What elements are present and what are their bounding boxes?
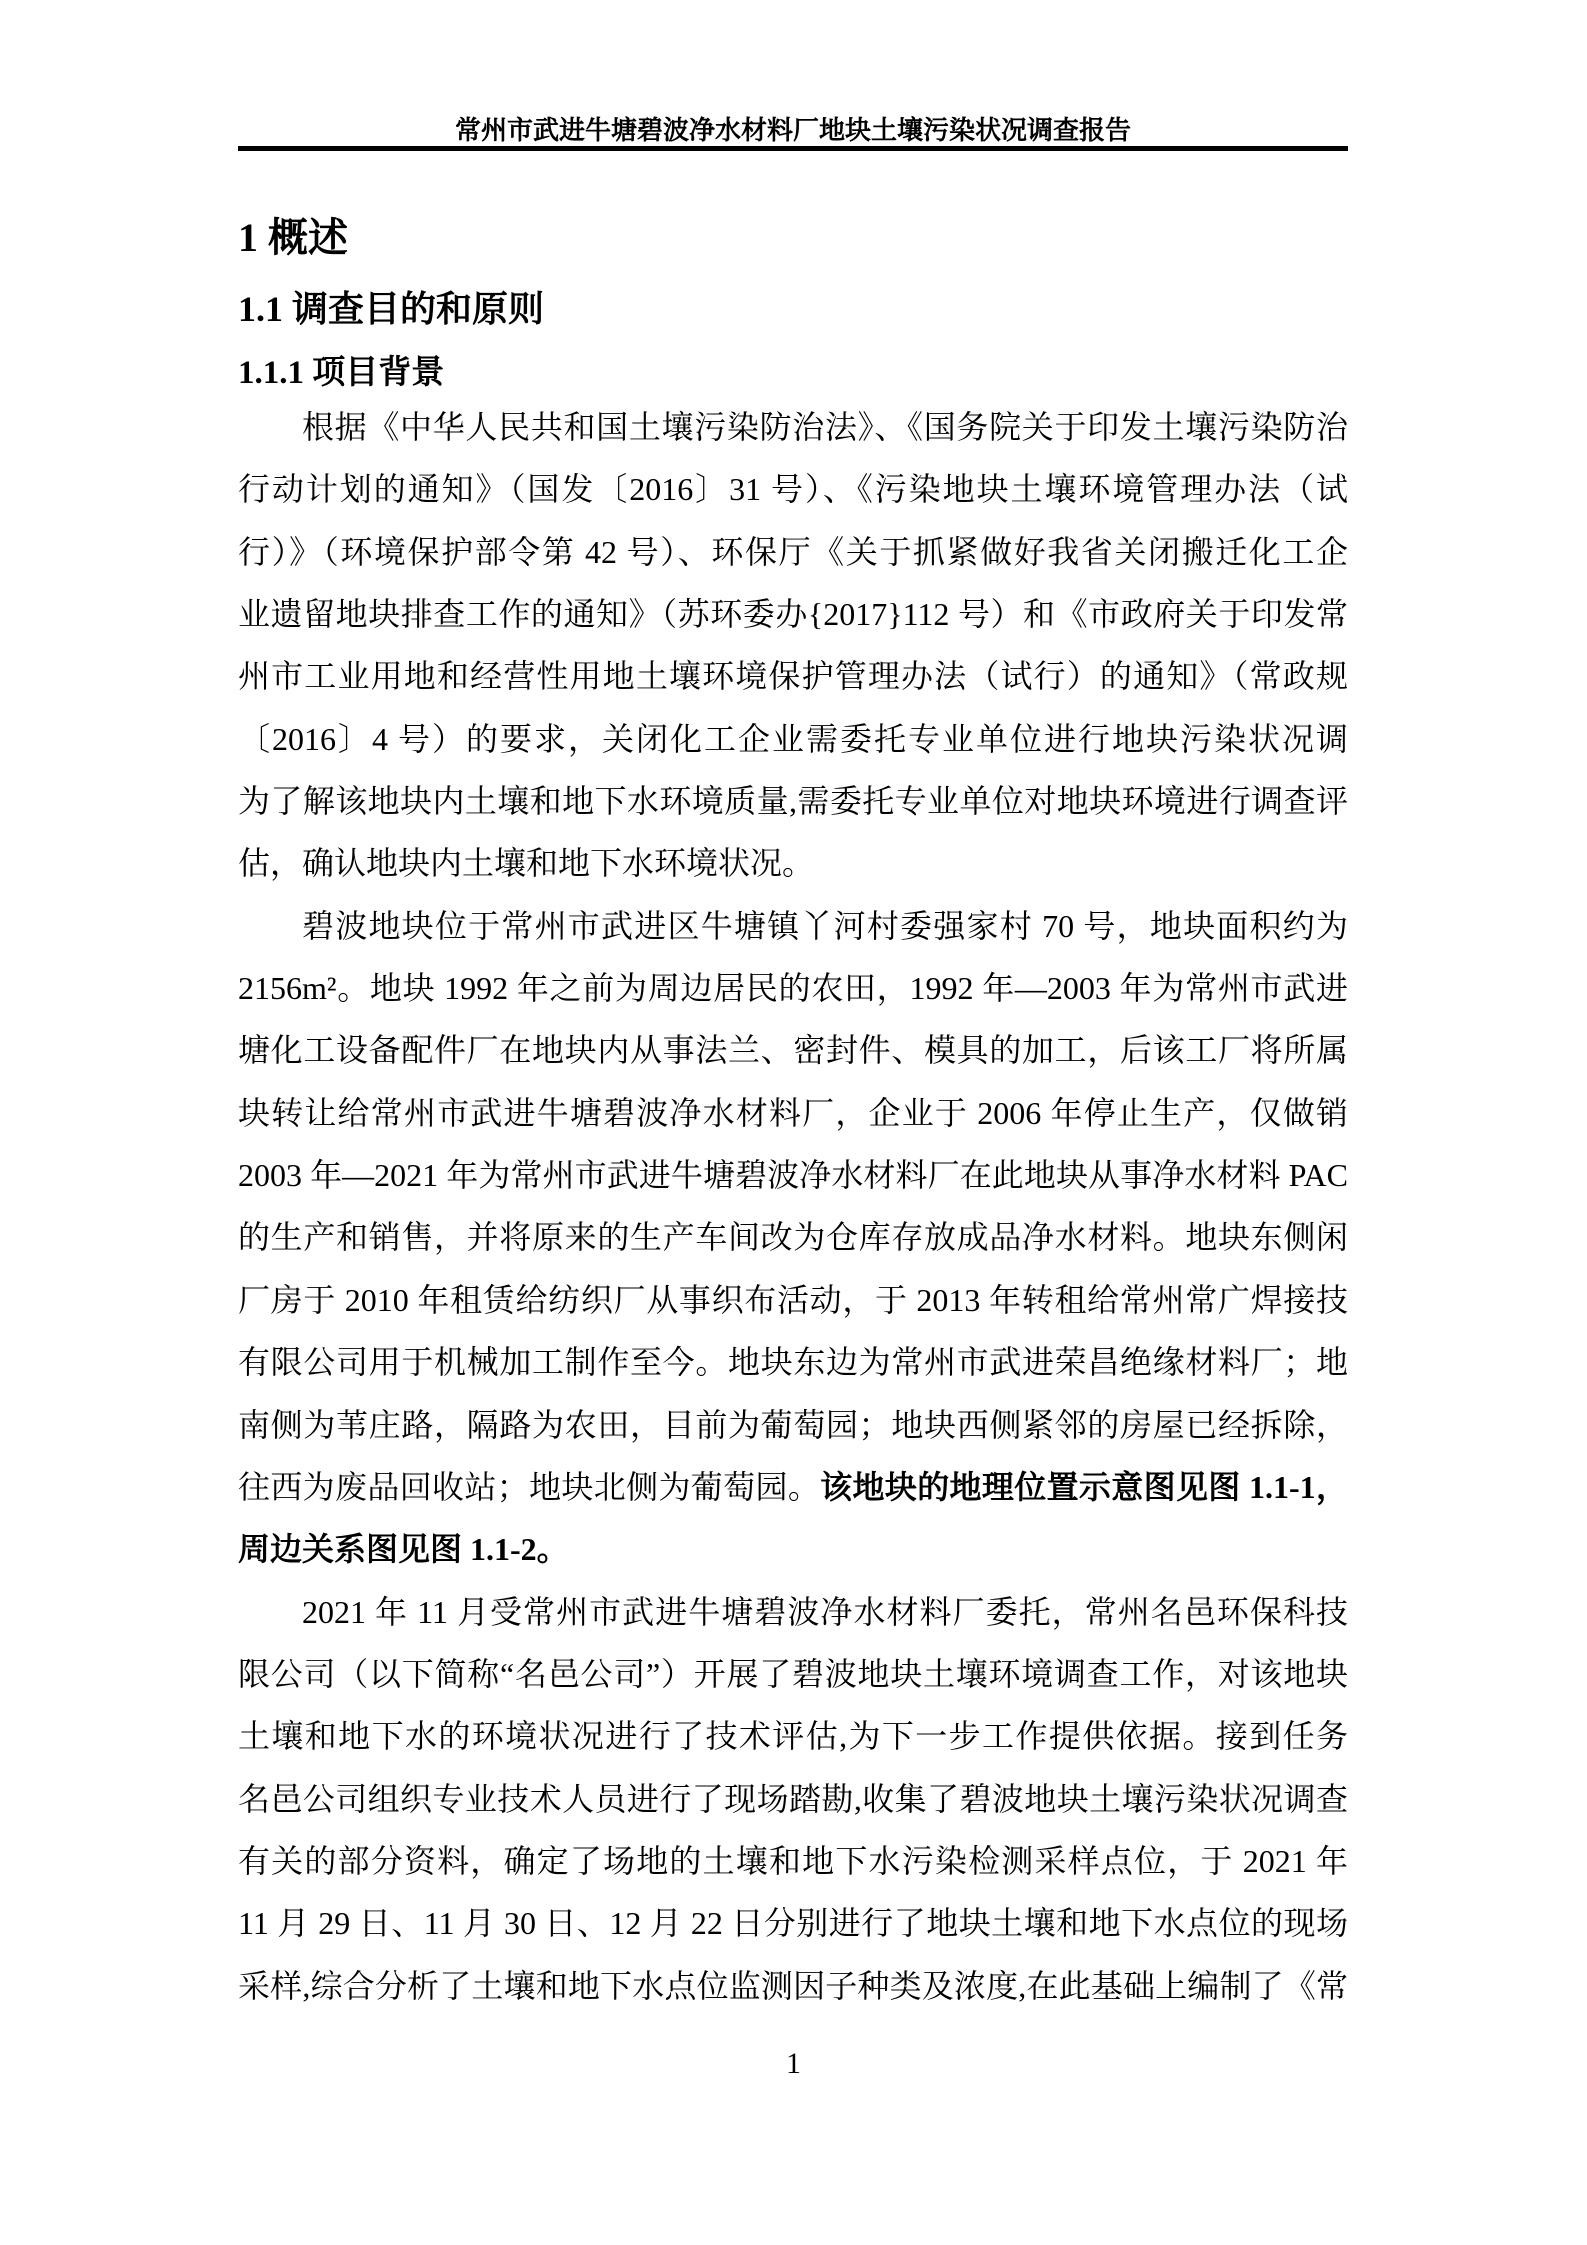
text-line: 行动计划的通知》（国发〔2016〕31 号）、《污染地块土壤环境管理办法（试	[238, 458, 1348, 520]
page-number: 1	[0, 2046, 1587, 2082]
text-line: 厂房于 2010 年租赁给纺织厂从事织布活动，于 2013 年转租给常州常广焊接…	[238, 1269, 1348, 1331]
text-line: 11 月 29 日、11 月 30 日、12 月 22 日分别进行了地块土壤和地…	[238, 1892, 1348, 1954]
text-line: 塘化工设备配件厂在地块内从事法兰、密封件、模具的加工，后该工厂将所属地	[238, 1019, 1348, 1081]
text-line: 采样,综合分析了土壤和地下水点位监测因子种类及浓度,在此基础上编制了《常	[238, 1955, 1348, 2017]
chapter-heading: 1 概述	[238, 206, 348, 263]
paragraph-site-history: 碧波地块位于常州市武进区牛塘镇丫河村委强家村 70 号，地块面积约为 2156m…	[238, 895, 1348, 1581]
text-segment: 往西为废品回收站；地块北侧为葡萄园。	[238, 1469, 820, 1505]
bold-text-segment: 该地块的地理位置示意图见图 1.1-1，	[820, 1469, 1348, 1505]
text-line: 周边关系图见图 1.1-2。	[238, 1518, 1348, 1580]
text-line: 业遗留地块排查工作的通知》（苏环委办{2017}112 号）和《市政府关于印发常	[238, 583, 1348, 645]
text-line: 有关的部分资料，确定了场地的土壤和地下水污染检测采样点位，于 2021 年	[238, 1830, 1348, 1892]
paragraph-investigation-commission: 2021 年 11 月受常州市武进牛塘碧波净水材料厂委托，常州名邑环保科技有 限…	[238, 1581, 1348, 2017]
text-line: 土壤和地下水的环境状况进行了技术评估,为下一步工作提供依据。接到任务后，	[238, 1705, 1348, 1767]
text-line: 有限公司用于机械加工制作至今。地块东边为常州市武进荣昌绝缘材料厂；地块	[238, 1331, 1348, 1393]
text-line: 〔2016〕4 号）的要求，关闭化工企业需委托专业单位进行地块污染状况调查。	[238, 708, 1348, 770]
text-line: 碧波地块位于常州市武进区牛塘镇丫河村委强家村 70 号，地块面积约为	[238, 895, 1348, 957]
text-line: 名邑公司组织专业技术人员进行了现场踏勘,收集了碧波地块土壤污染状况调查	[238, 1768, 1348, 1830]
text-line: 2156m²。地块 1992 年之前为周边居民的农田，1992 年—2003 年…	[238, 957, 1348, 1019]
text-line: 往西为废品回收站；地块北侧为葡萄园。该地块的地理位置示意图见图 1.1-1，	[238, 1456, 1348, 1518]
report-header-title: 常州市武进牛塘碧波净水材料厂地块土壤污染状况调查报告	[238, 110, 1348, 147]
text-line: 州市工业用地和经营性用地土壤环境保护管理办法（试行）的通知》（常政规	[238, 645, 1348, 707]
text-line: 块转让给常州市武进牛塘碧波净水材料厂，企业于 2006 年停止生产，仅做销售；	[238, 1082, 1348, 1144]
body-text: 根据《中华人民共和国土壤污染防治法》、《国务院关于印发土壤污染防治 行动计划的通…	[238, 396, 1348, 2017]
text-line: 的生产和销售，并将原来的生产车间改为仓库存放成品净水材料。地块东侧闲置	[238, 1206, 1348, 1268]
text-line: 2021 年 11 月受常州市武进牛塘碧波净水材料厂委托，常州名邑环保科技有	[238, 1581, 1348, 1643]
text-line: 限公司（以下简称“名邑公司”）开展了碧波地块土壤环境调查工作，对该地块的	[238, 1643, 1348, 1705]
text-line: 南侧为苇庄路，隔路为农田，目前为葡萄园；地块西侧紧邻的房屋已经拆除，再	[238, 1394, 1348, 1456]
header-rule	[238, 146, 1348, 151]
text-line: 行）》（环境保护部令第 42 号）、环保厅《关于抓紧做好我省关闭搬迁化工企	[238, 521, 1348, 583]
text-line: 估，确认地块内土壤和地下水环境状况。	[238, 832, 1348, 894]
text-line: 为了解该地块内土壤和地下水环境质量,需委托专业单位对地块环境进行调查评	[238, 770, 1348, 832]
text-line: 2003 年—2021 年为常州市武进牛塘碧波净水材料厂在此地块从事净水材料 P…	[238, 1144, 1348, 1206]
section-heading: 1.1 调查目的和原则	[238, 281, 544, 332]
subsection-heading: 1.1.1 项目背景	[238, 346, 444, 393]
paragraph-legal-basis: 根据《中华人民共和国土壤污染防治法》、《国务院关于印发土壤污染防治 行动计划的通…	[238, 396, 1348, 895]
document-page: 常州市武进牛塘碧波净水材料厂地块土壤污染状况调查报告 1 概述 1.1 调查目的…	[0, 0, 1587, 2245]
text-line: 根据《中华人民共和国土壤污染防治法》、《国务院关于印发土壤污染防治	[238, 396, 1348, 458]
